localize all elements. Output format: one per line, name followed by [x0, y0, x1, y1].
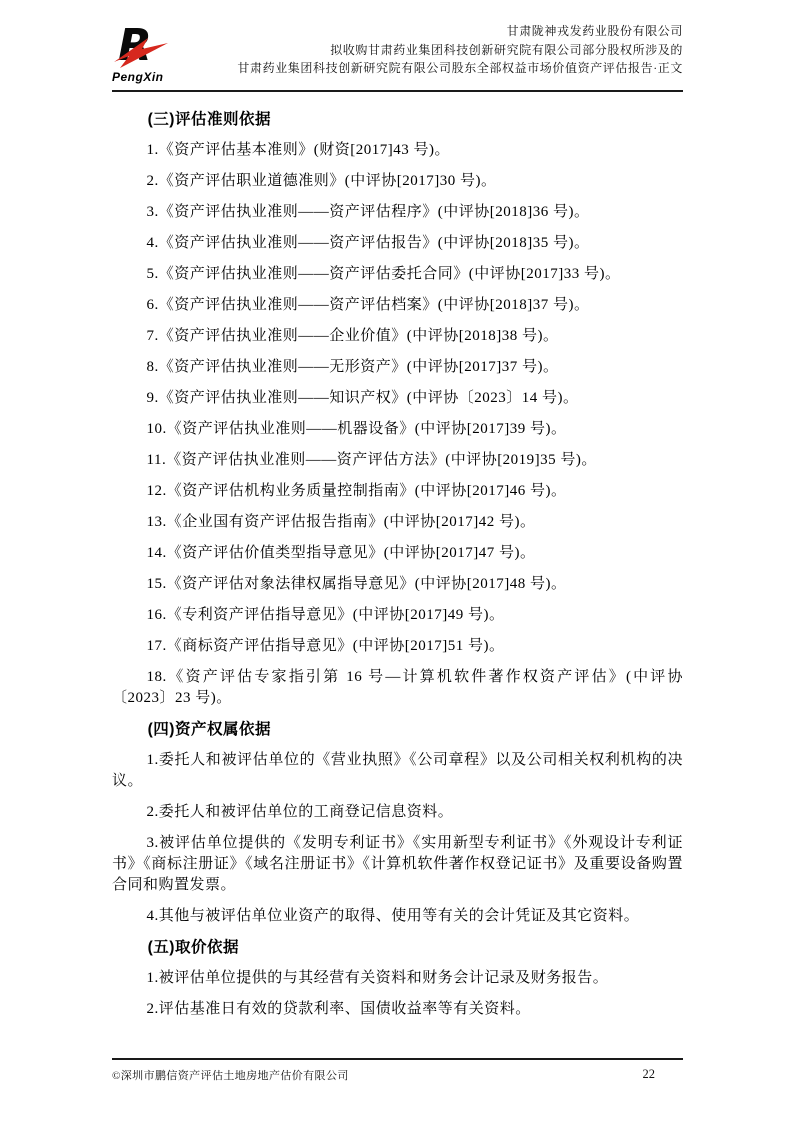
- section-item: 13.《企业国有资产评估报告指南》(中评协[2017]42 号)。: [112, 512, 683, 533]
- section-item: 14.《资产评估价值类型指导意见》(中评协[2017]47 号)。: [112, 543, 683, 564]
- copyright-text: ©深圳市鹏信资产评估土地房地产估价有限公司: [112, 1067, 349, 1083]
- page-number: 22: [643, 1067, 656, 1082]
- report-section: (三)评估准则依据1.《资产评估基本准则》(财资[2017]43 号)。2.《资…: [112, 109, 683, 709]
- document-body: (三)评估准则依据1.《资产评估基本准则》(财资[2017]43 号)。2.《资…: [112, 109, 683, 1020]
- report-section: (四)资产权属依据1.委托人和被评估单位的《营业执照》《公司章程》以及公司相关权…: [112, 719, 683, 927]
- section-item: 9.《资产评估执业准则——知识产权》(中评协〔2023〕14 号)。: [112, 388, 683, 409]
- svg-text:R: R: [118, 22, 152, 71]
- section-item: 2.评估基准日有效的贷款利率、国债收益率等有关资料。: [112, 999, 683, 1020]
- section-heading: (五)取价依据: [112, 937, 683, 958]
- report-page: R PengXin 甘肃陇神戎发药业股份有限公司 拟收购甘肃药业集团科技创新研究…: [0, 0, 793, 1122]
- section-item: 2.委托人和被评估单位的工商登记信息资料。: [112, 802, 683, 823]
- section-item: 12.《资产评估机构业务质量控制指南》(中评协[2017]46 号)。: [112, 481, 683, 502]
- section-item: 2.《资产评估职业道德准则》(中评协[2017]30 号)。: [112, 171, 683, 192]
- footer-row: ©深圳市鹏信资产评估土地房地产估价有限公司 22: [112, 1060, 683, 1083]
- page-footer: ©深圳市鹏信资产评估土地房地产估价有限公司 22: [112, 1058, 683, 1083]
- section-item: 3.被评估单位提供的《发明专利证书》《实用新型专利证书》《外观设计专利证书》《商…: [112, 833, 683, 896]
- section-item: 17.《商标资产评估指导意见》(中评协[2017]51 号)。: [112, 636, 683, 657]
- section-item: 15.《资产评估对象法律权属指导意见》(中评协[2017]48 号)。: [112, 574, 683, 595]
- section-item: 4.《资产评估执业准则——资产评估报告》(中评协[2018]35 号)。: [112, 233, 683, 254]
- section-item: 1.委托人和被评估单位的《营业执照》《公司章程》以及公司相关权利机构的决议。: [112, 750, 683, 792]
- section-item: 1.《资产评估基本准则》(财资[2017]43 号)。: [112, 140, 683, 161]
- section-item: 8.《资产评估执业准则——无形资产》(中评协[2017]37 号)。: [112, 357, 683, 378]
- header-line-transaction: 拟收购甘肃药业集团科技创新研究院有限公司部分股权所涉及的: [237, 41, 683, 60]
- report-header-text: 甘肃陇神戎发药业股份有限公司 拟收购甘肃药业集团科技创新研究院有限公司部分股权所…: [237, 22, 683, 78]
- section-heading: (三)评估准则依据: [112, 109, 683, 130]
- section-item: 16.《专利资产评估指导意见》(中评协[2017]49 号)。: [112, 605, 683, 626]
- section-item: 1.被评估单位提供的与其经营有关资料和财务会计记录及财务报告。: [112, 968, 683, 989]
- section-heading: (四)资产权属依据: [112, 719, 683, 740]
- section-item: 7.《资产评估执业准则——企业价值》(中评协[2018]38 号)。: [112, 326, 683, 347]
- pengxin-logo-icon: R: [112, 22, 170, 72]
- section-item: 4.其他与被评估单位业资产的取得、使用等有关的会计凭证及其它资料。: [112, 906, 683, 927]
- section-item: 18.《资产评估专家指引第 16 号—计算机软件著作权资产评估》(中评协〔202…: [112, 667, 683, 709]
- header-line-report-title: 甘肃药业集团科技创新研究院有限公司股东全部权益市场价值资产评估报告·正文: [237, 59, 683, 78]
- report-section: (五)取价依据1.被评估单位提供的与其经营有关资料和财务会计记录及财务报告。2.…: [112, 937, 683, 1020]
- section-item: 6.《资产评估执业准则——资产评估档案》(中评协[2018]37 号)。: [112, 295, 683, 316]
- header-line-company: 甘肃陇神戎发药业股份有限公司: [237, 22, 683, 41]
- header-divider: [112, 90, 683, 92]
- logo-wordmark: PengXin: [112, 70, 174, 84]
- section-item: 5.《资产评估执业准则——资产评估委托合同》(中评协[2017]33 号)。: [112, 264, 683, 285]
- page-header: R PengXin 甘肃陇神戎发药业股份有限公司 拟收购甘肃药业集团科技创新研究…: [112, 20, 683, 84]
- section-item: 10.《资产评估执业准则——机器设备》(中评协[2017]39 号)。: [112, 419, 683, 440]
- company-logo: R PengXin: [112, 20, 174, 84]
- section-item: 11.《资产评估执业准则——资产评估方法》(中评协[2019]35 号)。: [112, 450, 683, 471]
- section-item: 3.《资产评估执业准则——资产评估程序》(中评协[2018]36 号)。: [112, 202, 683, 223]
